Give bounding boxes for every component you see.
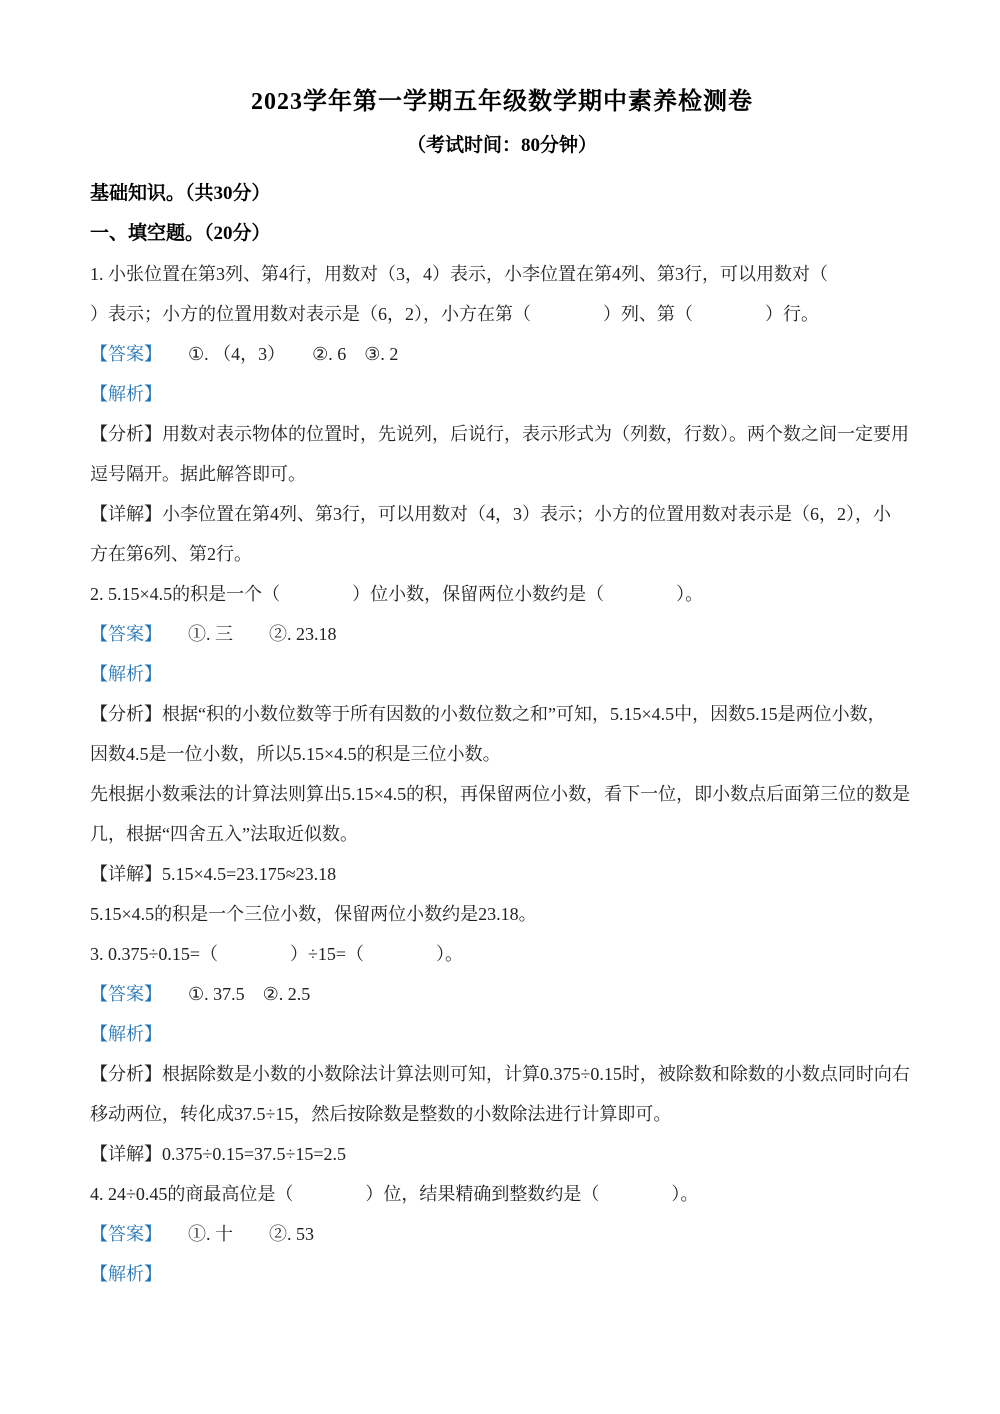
analysis-2-line-1: 【分析】根据“积的小数位数等于所有因数的小数位数之和”可知，5.15×4.5中，… xyxy=(90,694,914,734)
analysis-label-2: 【解析】 xyxy=(90,654,914,694)
answer-3: 【答案】①. 37.5 ②. 2.5 xyxy=(90,974,914,1014)
question-3: 3. 0.375÷0.15=（ ）÷15=（ ）。 xyxy=(90,934,914,974)
answer-4: 【答案】①. 十 ②. 53 xyxy=(90,1214,914,1254)
text-segment: 因数4.5是一位小数，所以5.15×4.5的积是三位小数。 xyxy=(90,744,501,764)
section-label: 【答案】 xyxy=(90,344,162,364)
exam-time-subtitle: （考试时间：80分钟） xyxy=(90,132,914,160)
answer-2: 【答案】①. 三 ②. 23.18 xyxy=(90,614,914,654)
section-label: 【答案】 xyxy=(90,624,162,644)
text-segment: 【详解】5.15×4.5=23.175≈23.18 xyxy=(90,864,336,884)
analysis-2-line-2: 因数4.5是一位小数，所以5.15×4.5的积是三位小数。 xyxy=(90,734,914,774)
question-1-line-1: 1. 小张位置在第3列、第4行，用数对（3，4）表示，小李位置在第4列、第3行，… xyxy=(90,254,914,294)
question-1-line-2: ）表示；小方的位置用数对表示是（6，2），小方在第（ ）列、第（ ）行。 xyxy=(90,294,914,334)
section-label: 【答案】 xyxy=(90,984,162,1004)
analysis-2-line-4: 几，根据“四舍五入”法取近似数。 xyxy=(90,814,914,854)
section-label: 【解析】 xyxy=(90,664,162,684)
section-heading: 基础知识。（共30分） xyxy=(90,174,914,214)
text-segment: 【分析】用数对表示物体的位置时，先说列，后说行，表示形式为（列数，行数）。两个数… xyxy=(90,424,909,444)
detail-2-line-2: 5.15×4.5的积是一个三位小数，保留两位小数约是23.18。 xyxy=(90,894,914,934)
text-segment: 基础知识。（共30分） xyxy=(90,183,271,204)
analysis-2-line-3: 先根据小数乘法的计算法则算出5.15×4.5的积，再保留两位小数，看下一位，即小… xyxy=(90,774,914,814)
text-segment: 【分析】根据“积的小数位数等于所有因数的小数位数之和”可知，5.15×4.5中，… xyxy=(90,704,886,724)
section-label: 【解析】 xyxy=(90,1024,162,1044)
answer-1: 【答案】①. （4，3） ②. 6 ③. 2 xyxy=(90,334,914,374)
section-label: 【解析】 xyxy=(90,1264,162,1284)
answer-text: ①. 三 ②. 23.18 xyxy=(188,624,337,644)
document-lines: 基础知识。（共30分）一、填空题。（20分）1. 小张位置在第3列、第4行，用数… xyxy=(90,174,914,1294)
text-segment: 逗号隔开。据此解答即可。 xyxy=(90,464,306,484)
text-segment: 几，根据“四舍五入”法取近似数。 xyxy=(90,824,358,844)
analysis-3-line-2: 移动两位，转化成37.5÷15，然后按除数是整数的小数除法进行计算即可。 xyxy=(90,1094,914,1134)
text-segment: 【详解】0.375÷0.15=37.5÷15=2.5 xyxy=(90,1144,346,1164)
subsection-heading: 一、填空题。（20分） xyxy=(90,214,914,254)
detail-1-line-2: 方在第6列、第2行。 xyxy=(90,534,914,574)
text-segment: 1. 小张位置在第3列、第4行，用数对（3，4）表示，小李位置在第4列、第3行，… xyxy=(90,264,828,284)
exam-paper-page: 2023学年第一学期五年级数学期中素养检测卷 （考试时间：80分钟） 基础知识。… xyxy=(0,0,1000,1414)
question-2: 2. 5.15×4.5的积是一个（ ）位小数，保留两位小数约是（ ）。 xyxy=(90,574,914,614)
text-segment: 【详解】小李位置在第4列、第3行，可以用数对（4，3）表示；小方的位置用数对表示… xyxy=(90,504,891,524)
text-segment: 3. 0.375÷0.15=（ ）÷15=（ ）。 xyxy=(90,944,463,964)
detail-2-line-1: 【详解】5.15×4.5=23.175≈23.18 xyxy=(90,854,914,894)
text-segment: 2. 5.15×4.5的积是一个（ ）位小数，保留两位小数约是（ ）。 xyxy=(90,584,703,604)
text-segment: ）表示；小方的位置用数对表示是（6，2），小方在第（ ）列、第（ ）行。 xyxy=(90,304,819,324)
text-segment: 5.15×4.5的积是一个三位小数，保留两位小数约是23.18。 xyxy=(90,904,537,924)
analysis-label-4: 【解析】 xyxy=(90,1254,914,1294)
section-label: 【答案】 xyxy=(90,1224,162,1244)
section-label: 【解析】 xyxy=(90,384,162,404)
analysis-3-line-1: 【分析】根据除数是小数的小数除法计算法则可知，计算0.375÷0.15时，被除数… xyxy=(90,1054,914,1094)
page-title: 2023学年第一学期五年级数学期中素养检测卷 xyxy=(90,84,914,120)
analysis-1-line-1: 【分析】用数对表示物体的位置时，先说列，后说行，表示形式为（列数，行数）。两个数… xyxy=(90,414,914,454)
text-segment: 【分析】根据除数是小数的小数除法计算法则可知，计算0.375÷0.15时，被除数… xyxy=(90,1064,910,1084)
text-segment: 4. 24÷0.45的商最高位是（ ）位，结果精确到整数约是（ ）。 xyxy=(90,1184,698,1204)
analysis-label-1: 【解析】 xyxy=(90,374,914,414)
answer-text: ①. 37.5 ②. 2.5 xyxy=(188,984,310,1004)
text-segment: 先根据小数乘法的计算法则算出5.15×4.5的积，再保留两位小数，看下一位，即小… xyxy=(90,784,910,804)
analysis-label-3: 【解析】 xyxy=(90,1014,914,1054)
answer-text: ①. （4，3） ②. 6 ③. 2 xyxy=(188,344,398,364)
analysis-1-line-2: 逗号隔开。据此解答即可。 xyxy=(90,454,914,494)
detail-1-line-1: 【详解】小李位置在第4列、第3行，可以用数对（4，3）表示；小方的位置用数对表示… xyxy=(90,494,914,534)
text-segment: 一、填空题。（20分） xyxy=(90,223,271,244)
answer-text: ①. 十 ②. 53 xyxy=(188,1224,314,1244)
text-segment: 移动两位，转化成37.5÷15，然后按除数是整数的小数除法进行计算即可。 xyxy=(90,1104,671,1124)
text-segment: 方在第6列、第2行。 xyxy=(90,544,252,564)
question-4: 4. 24÷0.45的商最高位是（ ）位，结果精确到整数约是（ ）。 xyxy=(90,1174,914,1214)
detail-3: 【详解】0.375÷0.15=37.5÷15=2.5 xyxy=(90,1134,914,1174)
